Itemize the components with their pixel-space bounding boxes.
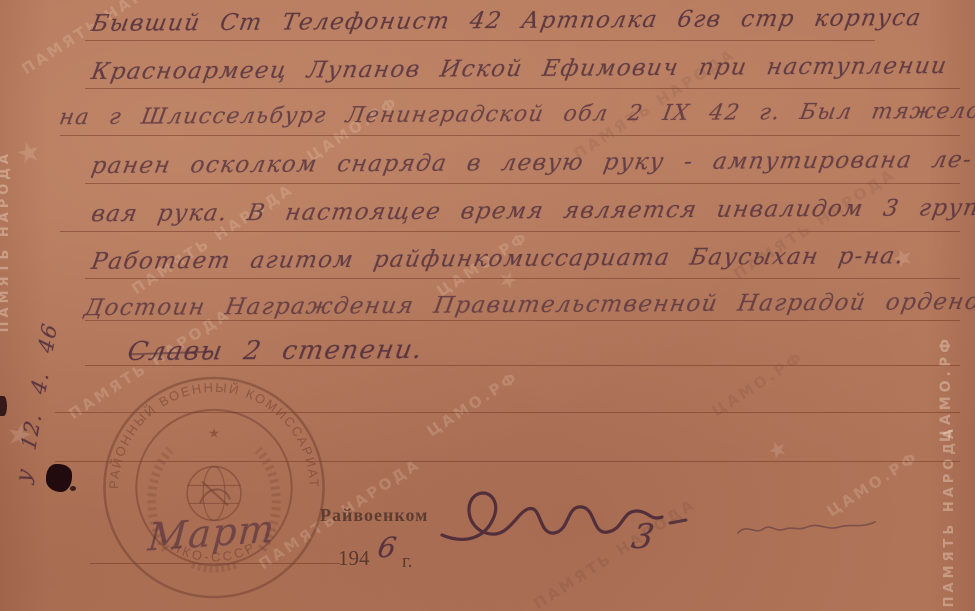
ruled-line bbox=[85, 88, 960, 89]
watermark-text: ПАМЯТЬ НАРОДА bbox=[0, 150, 12, 332]
ruled-line bbox=[85, 40, 875, 41]
countersignature bbox=[735, 505, 885, 545]
svg-text:РАЙОННЫЙ ВОЕННЫЙ КОМИССАРИАТ: РАЙОННЫЙ ВОЕННЫЙ КОМИССАРИАТ bbox=[106, 380, 321, 489]
watermark-text: ПАМЯТЬ НАРОДА bbox=[942, 425, 957, 607]
edge-mark bbox=[0, 396, 7, 416]
commissar-title: Райвоенком bbox=[320, 505, 428, 526]
handwritten-line: Достоин Награждения Правительственной На… bbox=[83, 291, 975, 320]
ink-blot bbox=[46, 464, 72, 492]
stamp-ring-top-text: РАЙОННЫЙ ВОЕННЫЙ КОМИССАРИАТ bbox=[106, 380, 321, 489]
ruled-line bbox=[60, 135, 960, 136]
ruled-line bbox=[60, 231, 960, 232]
star-watermark-icon: ★ bbox=[12, 133, 44, 171]
watermark-text: ЦАМО.РФ bbox=[824, 448, 923, 521]
handwritten-line: ранен осколком снаряда в левую руку - ам… bbox=[90, 149, 975, 178]
handwritten-line: Красноармеец Лупанов Иской Ефимович при … bbox=[90, 55, 950, 84]
stamp-star-icon: ★ bbox=[208, 427, 220, 442]
stamp-month-note: Март bbox=[147, 509, 277, 556]
watermark-text: ЦАМО.РФ bbox=[424, 368, 523, 441]
handwritten-line: на г Шлиссельбург Ленинградской обл 2 IX… bbox=[58, 101, 975, 129]
year-handwritten-digit: 6 bbox=[376, 534, 400, 562]
watermark-text: ЦАМО.РФ bbox=[709, 348, 808, 421]
ruled-line bbox=[90, 563, 340, 564]
handwritten-line: Бывший Ст Телефонист 42 Артполка 6гв стр… bbox=[90, 7, 924, 36]
round-stamp: ★ РАЙОННЫЙ ВОЕННЫЙ КОМИССАРИАТ НКО-СССР bbox=[96, 372, 336, 611]
ink-blot bbox=[70, 486, 76, 491]
watermark-text: ПАМЯТЬ НАРОДА bbox=[128, 180, 297, 298]
year-printed: 194 bbox=[338, 546, 370, 571]
handwritten-line: Работает агитом райфинкомиссариата Баусы… bbox=[90, 245, 907, 274]
watermark-text: ЦАМО.РФ bbox=[938, 335, 954, 442]
ruled-line bbox=[85, 183, 960, 184]
group-mark: 3 bbox=[629, 520, 658, 554]
ruled-line bbox=[55, 461, 960, 462]
ruled-line bbox=[85, 278, 960, 279]
handwritten-line: вая рука. В настоящее время является инв… bbox=[89, 197, 975, 226]
year-suffix: г. bbox=[402, 551, 412, 573]
watermark-text: ПАМЯТЬ НАРОДА bbox=[530, 495, 699, 611]
scanned-document: ПАМЯТЬ НАРОДА ЦАМО.РФ ПАМЯТЬ НАРОДА ПАМЯ… bbox=[0, 0, 975, 611]
ruled-line bbox=[55, 412, 960, 413]
